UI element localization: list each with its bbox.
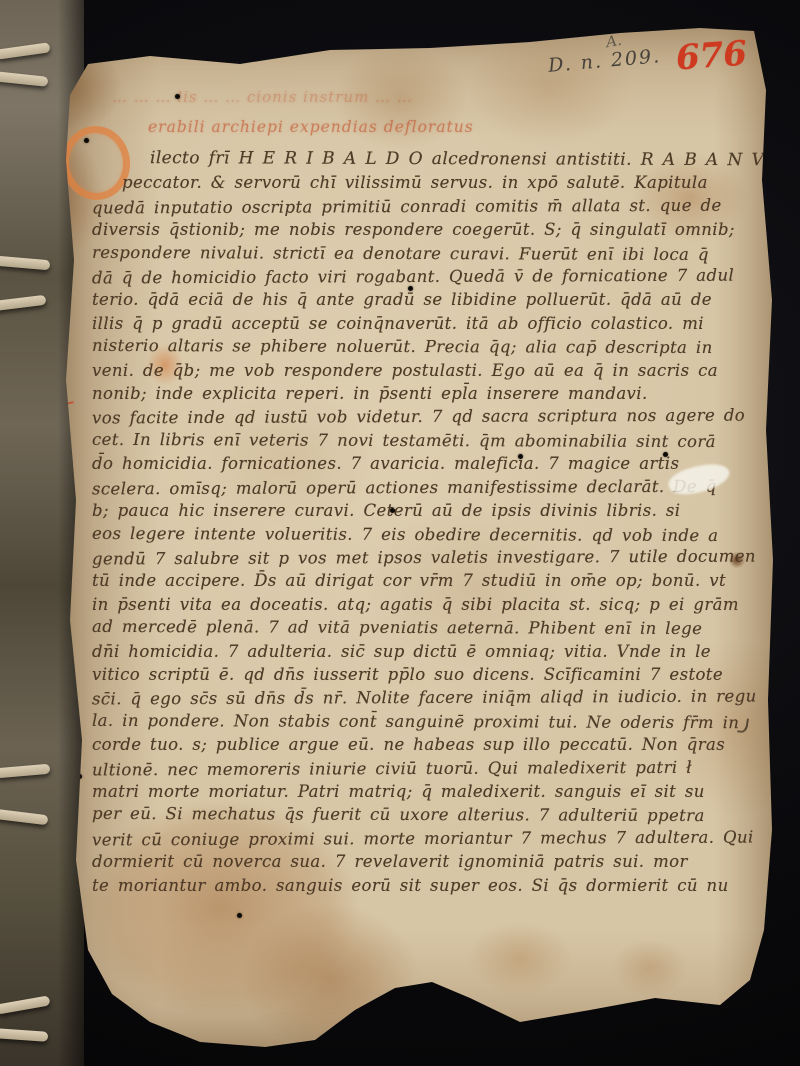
manuscript-text-line: ad mercedē plenā. 7 ad vitā pveniatis ae… bbox=[92, 615, 740, 641]
manuscript-text-line: illis q̄ p gradū acceptū se coinq̄naverū… bbox=[92, 312, 740, 335]
marginal-ink-mark bbox=[737, 717, 749, 733]
manuscript-text-line: corde tuo. s; publice argue eū. ne habea… bbox=[92, 733, 740, 756]
manuscript-text-line: in p̄senti vita ea doceatis. atq; agatis… bbox=[92, 593, 740, 616]
rubric-line-1: … … … lis … … cionis instrum … … bbox=[112, 88, 712, 106]
folio-number-red: 676 bbox=[675, 34, 749, 79]
manuscript-text-line: d̄o homicidia. fornicationes. 7 avaricia… bbox=[92, 452, 740, 475]
wormhole bbox=[237, 913, 242, 918]
manuscript-text-line: tū inde accipere. D̄s aū dirigat cor vr̄… bbox=[92, 569, 740, 592]
text-block: ilecto frī H E R I B A L D O alcedronens… bbox=[92, 148, 740, 897]
manuscript-page: A. D. n. 209. 676 … … … lis … … cionis i… bbox=[50, 28, 775, 1048]
wormhole bbox=[84, 138, 89, 143]
manuscript-text-line: veni. de q̄b; me vob respondere postulas… bbox=[92, 359, 740, 382]
manuscript-text-line: peccator. & servorū chī vilissimū servus… bbox=[92, 171, 740, 194]
sewing-cord bbox=[0, 295, 46, 312]
manuscript-text-line: quedā inputatio oscripta primitiū conrad… bbox=[92, 193, 740, 219]
sewing-cord bbox=[0, 256, 50, 271]
sewing-cord bbox=[0, 995, 50, 1014]
sewing-cord bbox=[0, 1028, 48, 1042]
manuscript-text-line: dormierit cū noverca sua. 7 revelaverit … bbox=[92, 850, 740, 873]
manuscript-text-line: verit cū coniuge proximi sui. morte mori… bbox=[92, 825, 740, 851]
manuscript-text-line: gendū 7 salubre sit p vos met ipsos vale… bbox=[92, 544, 740, 570]
manuscript-text-line: vos facite inde qd iustū vob videtur. 7 … bbox=[92, 404, 740, 430]
manuscript-text-line: dn̄i homicidia. 7 adulteria. sic̄ sup di… bbox=[92, 640, 740, 663]
wormhole bbox=[390, 508, 395, 513]
manuscript-text-line: eos legere intente volueritis. 7 eis obe… bbox=[92, 521, 740, 547]
wormhole bbox=[663, 452, 668, 457]
sewing-cord bbox=[0, 42, 50, 59]
wormhole bbox=[408, 286, 413, 291]
sewing-cord bbox=[0, 809, 48, 826]
manuscript-photo: A. D. n. 209. 676 … … … lis … … cionis i… bbox=[0, 0, 800, 1066]
wormhole bbox=[175, 94, 180, 99]
manuscript-text-line: dā q̄ de homicidio facto viri rogabant. … bbox=[92, 264, 740, 290]
manuscript-text-line: cet. In libris enī veteris 7 novi testam… bbox=[92, 428, 740, 454]
manuscript-text-line: vitico scriptū ē. qd dn̄s iusserit pp̄lo… bbox=[92, 663, 740, 686]
manuscript-text-line: diversis q̄stionib; me nobis respondere … bbox=[92, 218, 740, 241]
manuscript-text-line: ultionē. nec memoreris iniurie civiū tuo… bbox=[92, 755, 740, 781]
manuscript-text-line: scelera. omīsq; malorū operū actiones ma… bbox=[92, 474, 740, 500]
sewing-cord bbox=[0, 764, 50, 779]
shelfmark-inscription: D. n. 209. bbox=[547, 45, 662, 77]
manuscript-text-line: te moriantur ambo. sanguis eorū sit supe… bbox=[92, 874, 740, 897]
manuscript-text-line: nonib; inde explicita reperi. in p̄senti… bbox=[92, 382, 740, 405]
manuscript-text-line: terio. q̄dā eciā de his q̄ ante gradū se… bbox=[92, 288, 740, 311]
manuscript-text-line: la. in pondere. Non stabis cont̄ sanguin… bbox=[92, 709, 740, 735]
manuscript-text-line: matri morte moriatur. Patri matriq; q̄ m… bbox=[92, 780, 740, 803]
manuscript-text-line: nisterio altaris se phibere noluerūt. Pr… bbox=[92, 334, 740, 360]
manuscript-text-line: respondere nivalui. strictī ea denotare … bbox=[92, 240, 740, 266]
manuscript-text-line: per eū. Si mechatus q̄s fuerit cū uxore … bbox=[92, 802, 740, 828]
wormhole bbox=[518, 454, 523, 459]
manuscript-text-line: sc̄i. q̄ ego sc̄s sū dn̄s d̄s nr̄. Nolit… bbox=[92, 685, 740, 711]
rubric-line-2: erabili archiepi expendias defloratus bbox=[148, 118, 708, 136]
sewing-cord bbox=[0, 71, 48, 87]
manuscript-text-line: ilecto frī H E R I B A L D O alcedronens… bbox=[92, 147, 740, 173]
manuscript-text-line: b; pauca hic inserere curavi. Ceterū aū … bbox=[92, 499, 740, 522]
